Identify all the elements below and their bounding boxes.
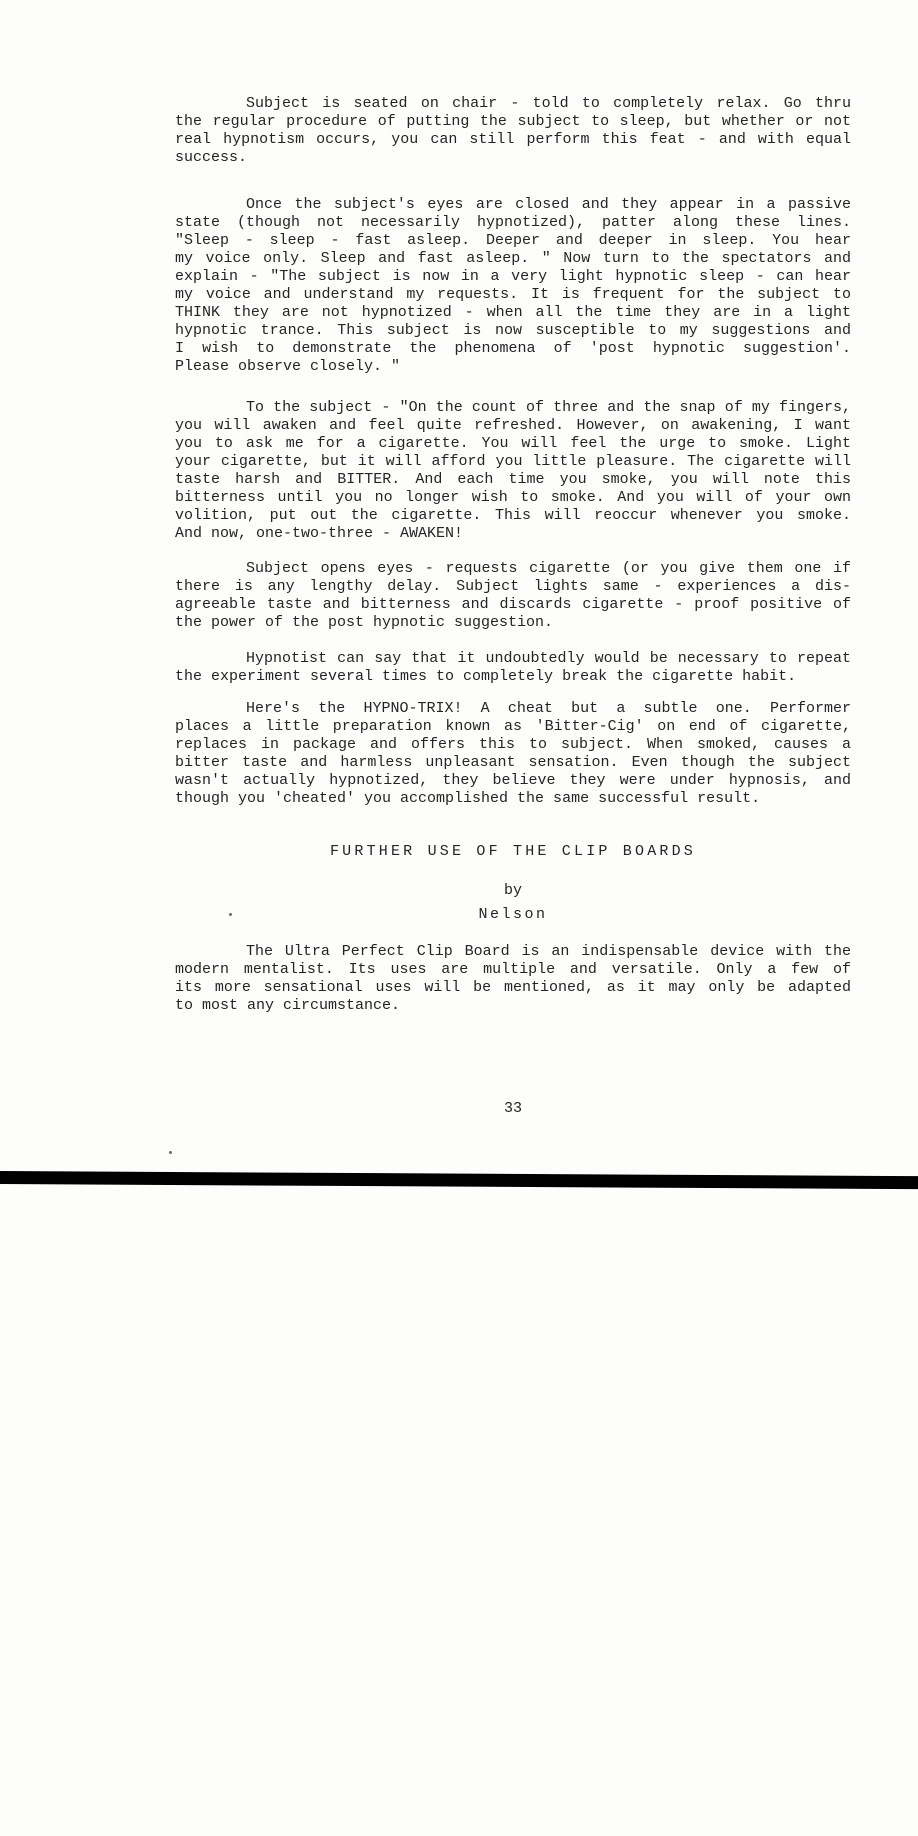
text-line: the experiment several times to complete… [175,668,851,686]
text-line: Once the subject's eyes are closed and t… [175,196,851,214]
text-line: to most any circumstance. [175,997,851,1015]
text-line: success. [175,149,851,167]
text-line: places a little preparation known as 'Bi… [175,718,851,736]
scan-artifact-bar [0,1171,918,1189]
text-line: The Ultra Perfect Clip Board is an indis… [175,943,851,961]
text-line: my voice and understand my requests. It … [175,286,851,304]
text-line: you to ask me for a cigarette. You will … [175,435,851,453]
text-line: replaces in package and offers this to s… [175,736,851,754]
text-line: And now, one-two-three - AWAKEN! [175,525,851,543]
text-line: Hypnotist can say that it undoubtedly wo… [175,650,851,668]
text-line: there is any lengthy delay. Subject ligh… [175,578,851,596]
text-line: volition, put out the cigarette. This wi… [175,507,851,525]
text-line: To the subject - "On the count of three … [175,399,851,417]
text-line: bitter taste and harmless unpleasant sen… [175,754,851,772]
paragraph-repeat: Hypnotist can say that it undoubtedly wo… [175,650,851,686]
text-line: the regular procedure of putting the sub… [175,113,851,131]
paragraph-suggestion: To the subject - "On the count of three … [175,399,851,543]
paragraph-hypno-trix: Here's the HYPNO-TRIX! A cheat but a sub… [175,700,851,808]
text-line: Subject opens eyes - requests cigarette … [175,560,851,578]
scan-speck [169,1151,172,1154]
text-line: I wish to demonstrate the phenomena of '… [175,340,851,358]
text-line: Please observe closely. " [175,358,851,376]
page-number: 33 [175,1100,851,1118]
text-line: wasn't actually hypnotized, they believe… [175,772,851,790]
scanned-document-page: Subject is seated on chair - told to com… [0,0,918,1836]
paragraph-intro: Subject is seated on chair - told to com… [175,95,851,167]
text-line: real hypnotism occurs, you can still per… [175,131,851,149]
text-line: Subject is seated on chair - told to com… [175,95,851,113]
text-line: your cigarette, but it will afford you l… [175,453,851,471]
text-line: Here's the HYPNO-TRIX! A cheat but a sub… [175,700,851,718]
paragraph-patter: Once the subject's eyes are closed and t… [175,196,851,376]
scan-speck [229,913,232,916]
text-line: modern mentalist. Its uses are multiple … [175,961,851,979]
text-line: agreeable taste and bitterness and disca… [175,596,851,614]
paragraph-result: Subject opens eyes - requests cigarette … [175,560,851,632]
text-line: "Sleep - sleep - fast asleep. Deeper and… [175,232,851,250]
byline: by [175,882,851,900]
text-line: my voice only. Sleep and fast asleep. " … [175,250,851,268]
text-line: hypnotic trance. This subject is now sus… [175,322,851,340]
text-line: though you 'cheated' you accomplished th… [175,790,851,808]
page-text: Subject is seated on chair - told to com… [175,95,851,1015]
section-heading: FURTHER USE OF THE CLIP BOARDS [175,843,851,861]
text-line: THINK they are not hypnotized - when all… [175,304,851,322]
text-line: taste harsh and BITTER. And each time yo… [175,471,851,489]
author-name: Nelson [175,906,851,924]
paragraph-clip-board: The Ultra Perfect Clip Board is an indis… [175,943,851,1015]
text-line: its more sensational uses will be mentio… [175,979,851,997]
text-line: state (though not necessarily hypnotized… [175,214,851,232]
text-line: bitterness until you no longer wish to s… [175,489,851,507]
text-line: the power of the post hypnotic suggestio… [175,614,851,632]
text-line: explain - "The subject is now in a very … [175,268,851,286]
text-line: you will awaken and feel quite refreshed… [175,417,851,435]
